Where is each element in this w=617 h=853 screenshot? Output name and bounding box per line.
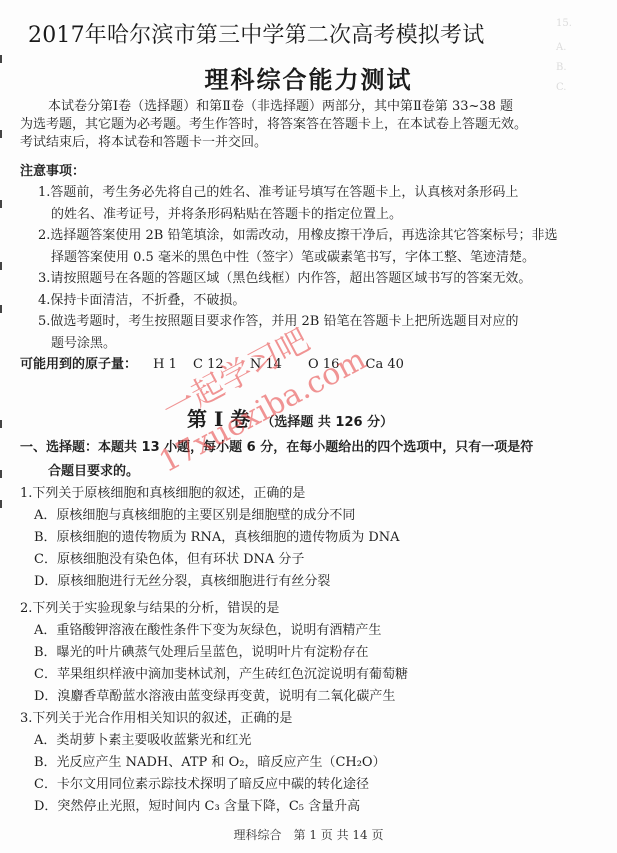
notice-item: 1.答题前，考生务必先将自己的姓名、准考证号填写在答题卡上，认真核对条形码上 的… [38,182,578,225]
atomic-mass-o: O 16 [308,357,339,372]
notice-heading: 注意事项： [20,160,85,179]
question-2: 2.下列关于实验现象与结果的分析，错误的是 A．重铬酸钾溶液在酸性条件下变为灰绿… [20,598,408,708]
part-one-instructions: 一、选择题：本题共 13 小题，每小题 6 分，在每小题给出的四个选项中，只有一… [20,436,580,484]
binding-mark [0,200,2,208]
intro-line: 本试卷分第Ⅰ卷（选择题）和第Ⅱ卷（非选择题）两部分，其中第Ⅱ卷第 33~38 题 [20,98,560,116]
option-d: D．突然停止光照，短时间内 C₃ 含量下降，C₅ 含量升高 [20,796,386,818]
question-stem: 2.下列关于实验现象与结果的分析，错误的是 [20,598,408,620]
notice-list: 1.答题前，考生务必先将自己的姓名、准考证号填写在答题卡上，认真核对条形码上 的… [38,182,578,354]
notice-item: 5.做选考题时，考生按照题目要求作答，并用 2B 铅笔在答题卡上把所选题目对应的… [38,311,578,354]
option-d: D．溴麝香草酚蓝水溶液由蓝变绿再变黄，说明有二氧化碳产生 [20,686,408,708]
binding-mark [0,305,2,313]
intro-paragraph: 本试卷分第Ⅰ卷（选择题）和第Ⅱ卷（非选择题）两部分，其中第Ⅱ卷第 33~38 题… [20,98,560,152]
atomic-mass-h: H 1 [153,357,177,372]
exam-subtitle: 理科综合能力测试 [0,60,617,95]
page-footer: 理科综合 第 1 页 共 14 页 [0,826,617,843]
option-d: D．原核细胞进行无丝分裂，真核细胞进行有丝分裂 [20,571,400,593]
question-stem: 3.下列关于光合作用相关知识的叙述，正确的是 [20,708,386,730]
atomic-masses-label: 可能用到的原子量： [20,357,137,372]
option-a: A．重铬酸钾溶液在酸性条件下变为灰绿色，说明有酒精产生 [20,620,408,642]
question-3: 3.下列关于光合作用相关知识的叙述，正确的是 A．类胡萝卜素主要吸收蓝紫光和红光… [20,708,386,818]
question-stem: 1.下列关于原核细胞和真核细胞的叙述，正确的是 [20,483,400,505]
bleed-through-text: A. [556,42,566,53]
option-b: B．光反应产生 NADH、ATP 和 O₂，暗反应产生（CH₂O） [20,752,386,774]
bleed-through-text: 15. [556,18,572,29]
intro-line: 为选考题，其它题为必考题。考生作答时，将答案答在答题卡上，在本试卷上答题无效。 [20,116,560,134]
section-title: 第 Ⅰ 卷 （选择题 共 126 分） [187,403,393,432]
atomic-masses: 可能用到的原子量： H 1 C 12 N 14 O 16 Ca 40 [20,353,404,372]
section-title-main: 第 Ⅰ 卷 [187,407,250,431]
intro-line: 考试结束后，将本试卷和答题卡一并交回。 [20,134,560,152]
notice-item: 3.请按照题号在各题的答题区域（黑色线框）内作答，超出答题区域书写的答案无效。 [38,268,578,290]
binding-mark [0,500,2,508]
option-c: C．原核细胞没有染色体，但有环状 DNA 分子 [20,549,400,571]
option-a: A．类胡萝卜素主要吸收蓝紫光和红光 [20,730,386,752]
exam-title: 2017年哈尔滨市第三中学第二次高考模拟考试 [28,18,548,49]
question-1: 1.下列关于原核细胞和真核细胞的叙述，正确的是 A．原核细胞与真核细胞的主要区别… [20,483,400,593]
binding-mark [0,262,2,270]
option-b: B．曝光的叶片碘蒸气处理后呈蓝色，说明叶片有淀粉存在 [20,642,408,664]
binding-mark [0,470,2,478]
binding-mark [0,130,2,138]
section-title-note: （选择题 共 126 分） [261,415,393,430]
notice-item: 2.选择题答案使用 2B 铅笔填涂，如需改动，用橡皮擦干净后，再选涂其它答案标号… [38,225,578,268]
binding-mark [0,420,2,428]
atomic-mass-n: N 14 [250,357,282,372]
exam-page: 15. A. B. C. 2017年哈尔滨市第三中学第二次高考模拟考试 理科综合… [0,0,617,853]
atomic-mass-ca: Ca 40 [366,357,404,372]
option-c: C．卡尔文用同位素示踪技术探明了暗反应中碳的转化途径 [20,774,386,796]
atomic-mass-c: C 12 [193,357,224,372]
option-a: A．原核细胞与真核细胞的主要区别是细胞壁的成分不同 [20,505,400,527]
notice-item: 4.保持卡面清洁，不折叠，不破损。 [38,290,578,312]
option-b: B．原核细胞的遗传物质为 RNA，真核细胞的遗传物质为 DNA [20,527,400,549]
option-c: C．苹果组织样液中滴加斐林试剂，产生砖红色沉淀说明有葡萄糖 [20,664,408,686]
